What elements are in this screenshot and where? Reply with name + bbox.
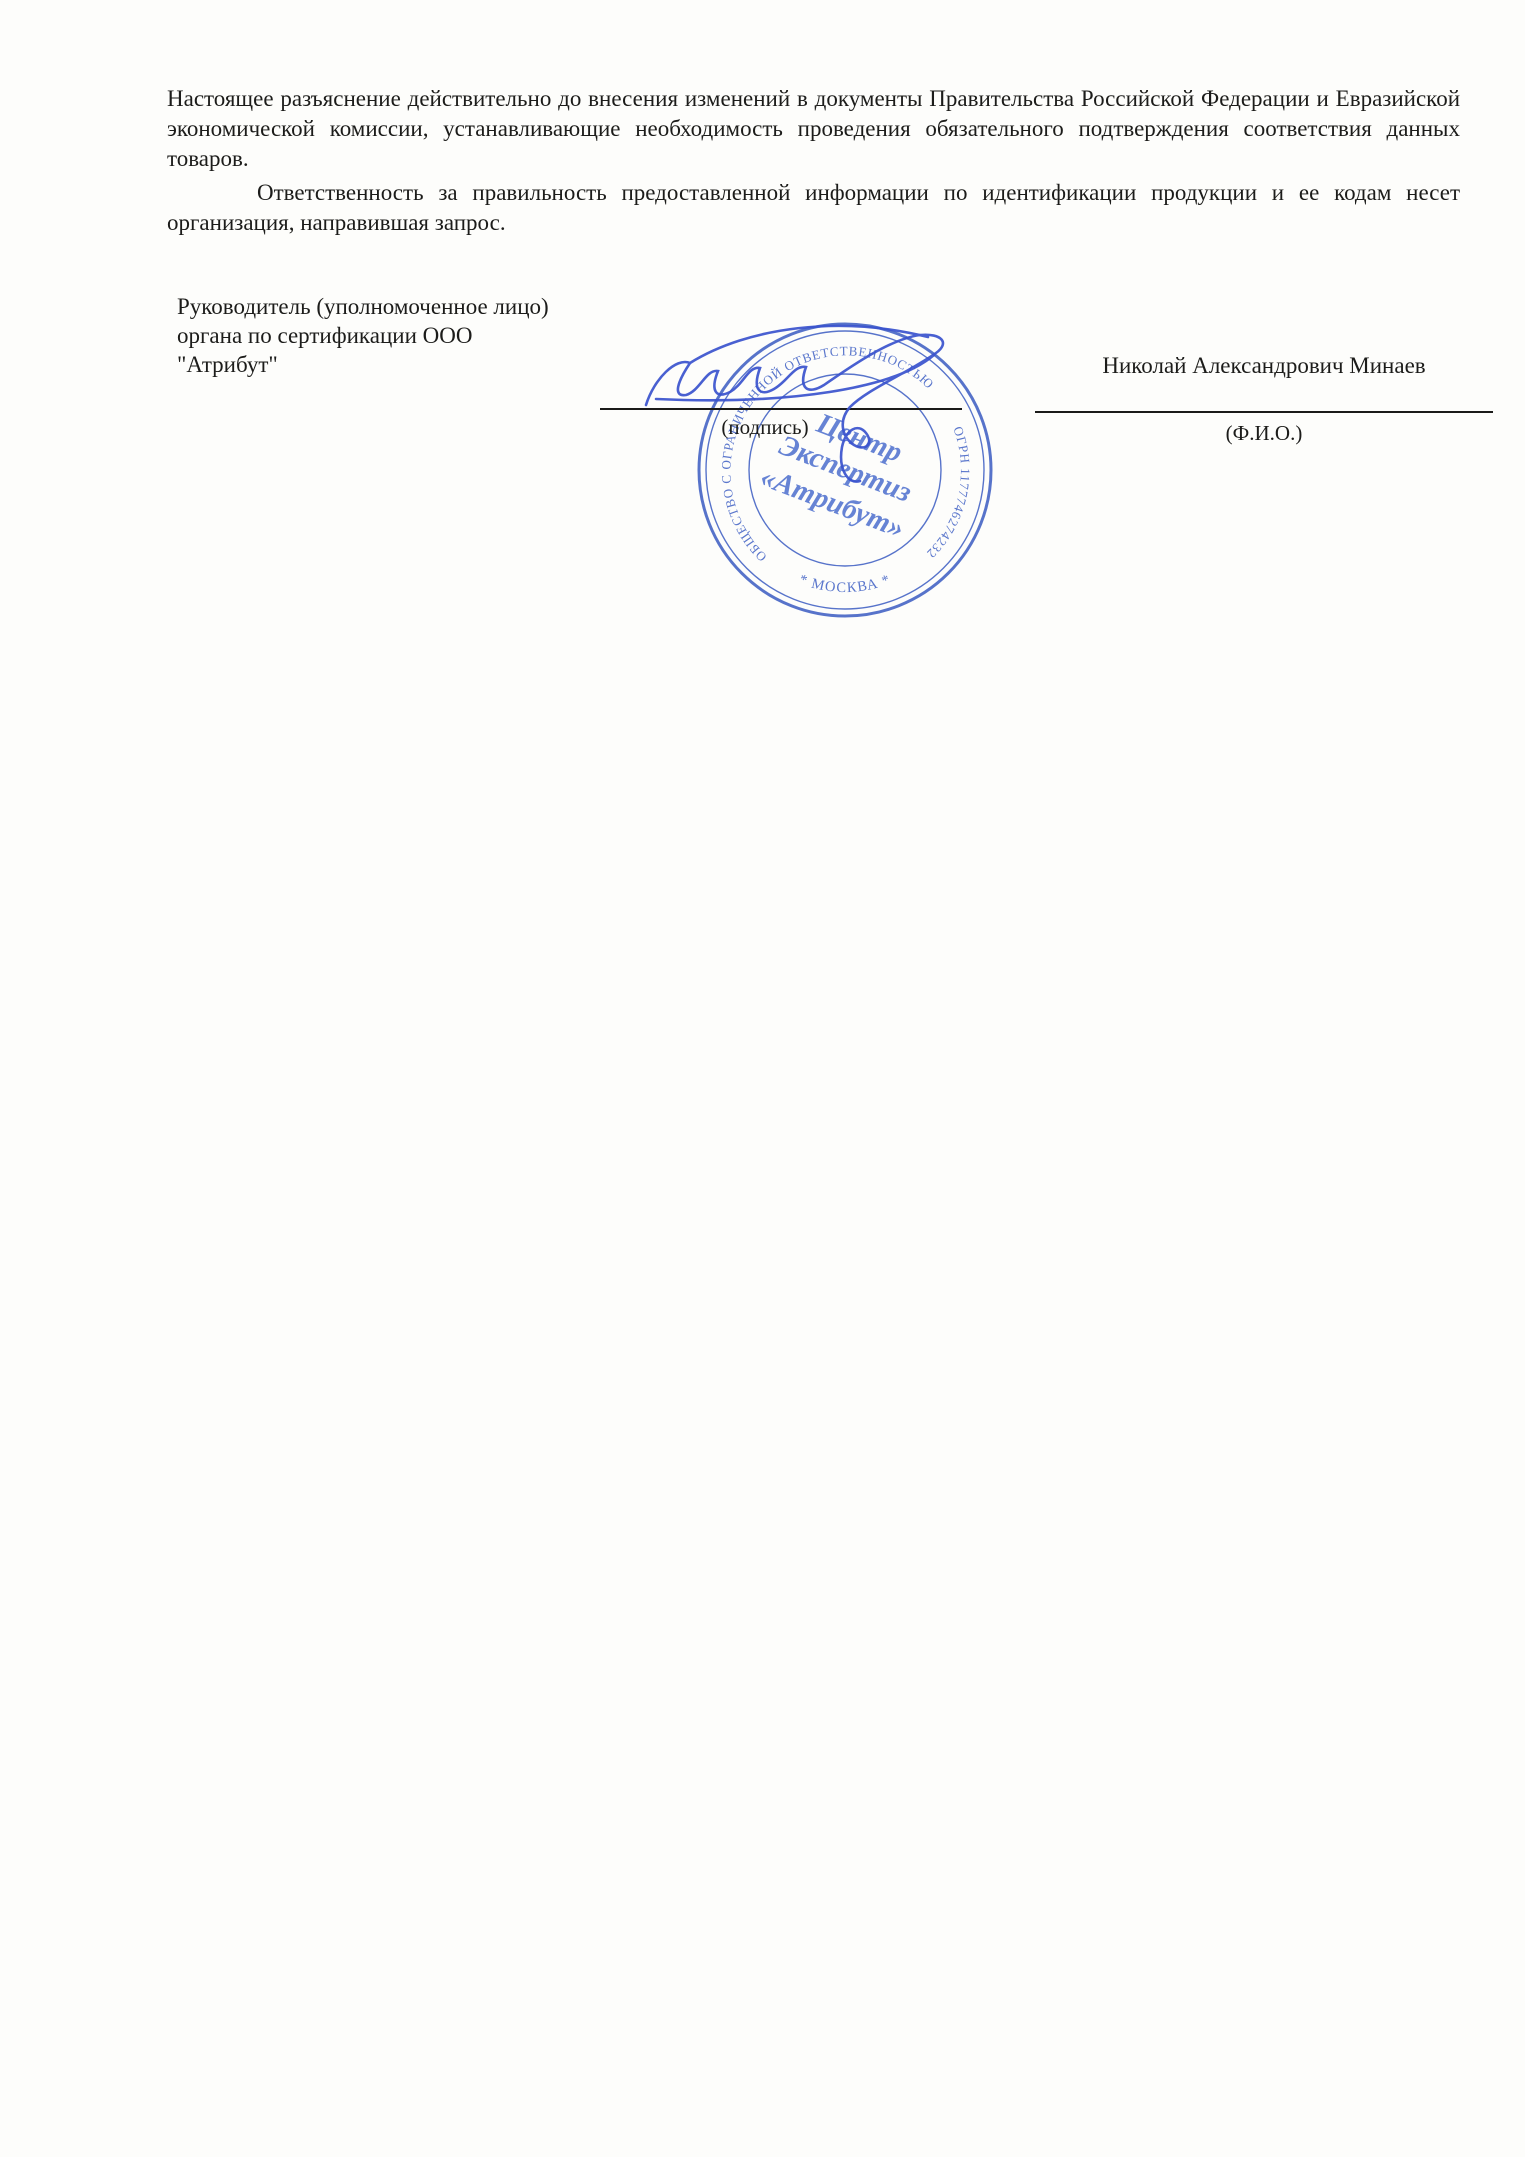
signer-name: Николай Александрович Минаев [1035,353,1493,379]
stamp-city-text: * МОСКВА * [797,572,893,597]
signer-role-line-1: Руководитель (уполномоченное лицо) [177,292,637,321]
signer-role-line-2: органа по сертификации ООО [177,321,637,350]
name-line [1035,411,1493,413]
paragraph-responsibility: Ответственность за правильность предоста… [167,178,1460,238]
body-text: Настоящее разъяснение действительно до в… [167,84,1460,238]
signer-role-label: Руководитель (уполномоченное лицо) орган… [177,292,637,379]
name-caption: (Ф.И.О.) [1035,421,1493,446]
handwritten-signature [598,293,998,518]
document-page: Настоящее разъяснение действительно до в… [0,0,1525,2157]
paragraph-validity: Настоящее разъяснение действительно до в… [167,84,1460,174]
signature-scribble [646,326,943,482]
signer-role-line-3: "Атрибут" [177,350,637,379]
